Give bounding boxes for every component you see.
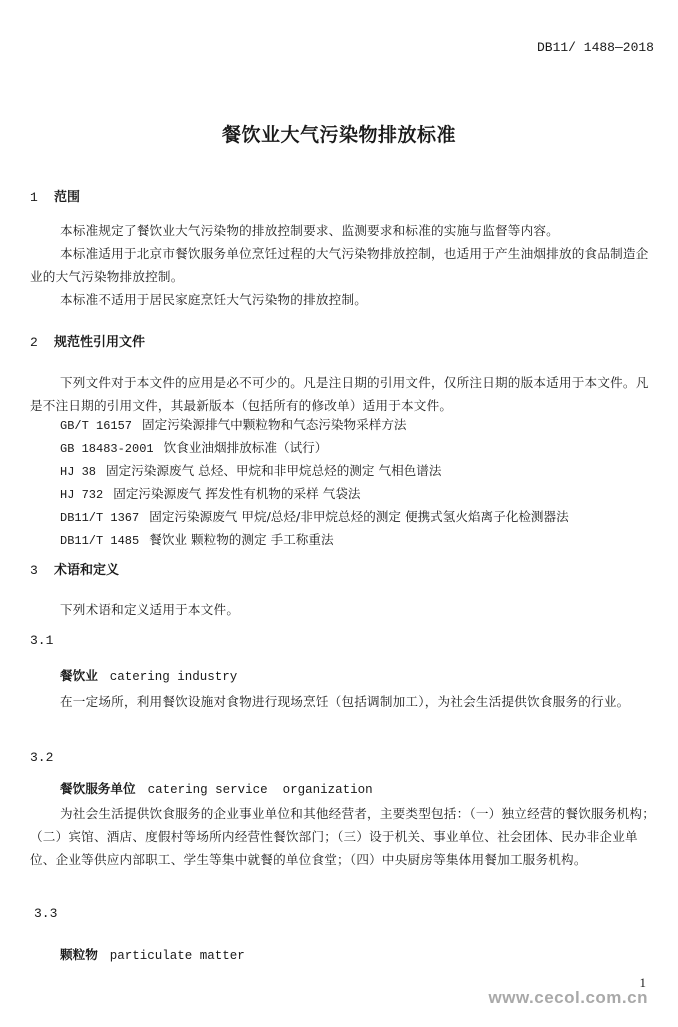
paragraph: 下列文件对于本文件的应用是必不可少的。凡是注日期的引用文件，仅所注日期的版本适用… <box>30 371 660 417</box>
reference-item: GB/T 16157固定污染源排气中颗粒物和气态污染物采样方法 <box>60 414 406 433</box>
section-3-heading: 3术语和定义 <box>30 559 119 578</box>
section-2-heading: 2规范性引用文件 <box>30 331 145 350</box>
term-definition: 为社会生活提供饮食服务的企业事业单位和其他经营者，主要类型包括：（一）独立经营的… <box>30 802 660 871</box>
paragraph: 本标准不适用于居民家庭烹饪大气污染物的排放控制。 <box>30 288 660 311</box>
clause-number: 3.3 <box>34 906 57 921</box>
term-heading: 颗粒物particulate matter <box>60 944 245 963</box>
reference-item: HJ 732固定污染源废气 挥发性有机物的采样 气袋法 <box>60 483 361 502</box>
watermark: www.cecol.com.cn <box>489 988 648 1008</box>
paragraph: 本标准规定了餐饮业大气污染物的排放控制要求、监测要求和标准的实施与监督等内容。 <box>30 219 660 242</box>
reference-item: DB11/T 1485餐饮业 颗粒物的测定 手工称重法 <box>60 529 334 548</box>
term-heading: 餐饮服务单位catering service organization <box>60 778 373 797</box>
reference-item: GB 18483-2001饮食业油烟排放标准（试行） <box>60 437 327 456</box>
section-title: 规范性引用文件 <box>54 335 145 350</box>
document-title: 餐饮业大气污染物排放标准 <box>0 120 678 147</box>
reference-item: HJ 38固定污染源废气 总烃、甲烷和非甲烷总烃的测定 气相色谱法 <box>60 460 441 479</box>
section-number: 1 <box>30 190 54 205</box>
section-title: 范围 <box>54 190 80 205</box>
clause-number: 3.2 <box>30 750 53 765</box>
paragraph: 本标准适用于北京市餐饮服务单位烹饪过程的大气污染物排放控制，也适用于产生油烟排放… <box>30 242 660 288</box>
section-number: 3 <box>30 563 54 578</box>
paragraph: 下列术语和定义适用于本文件。 <box>30 598 660 621</box>
term-heading: 餐饮业catering industry <box>60 665 237 684</box>
reference-item: DB11/T 1367固定污染源废气 甲烷/总烃/非甲烷总烃的测定 便携式氢火焰… <box>60 506 569 525</box>
clause-number: 3.1 <box>30 633 53 648</box>
document-code: DB11/ 1488—2018 <box>537 40 654 55</box>
section-title: 术语和定义 <box>54 563 119 578</box>
section-number: 2 <box>30 335 54 350</box>
term-definition: 在一定场所，利用餐饮设施对食物进行现场烹饪（包括调制加工），为社会生活提供饮食服… <box>30 690 660 713</box>
section-1-heading: 1范围 <box>30 186 80 205</box>
